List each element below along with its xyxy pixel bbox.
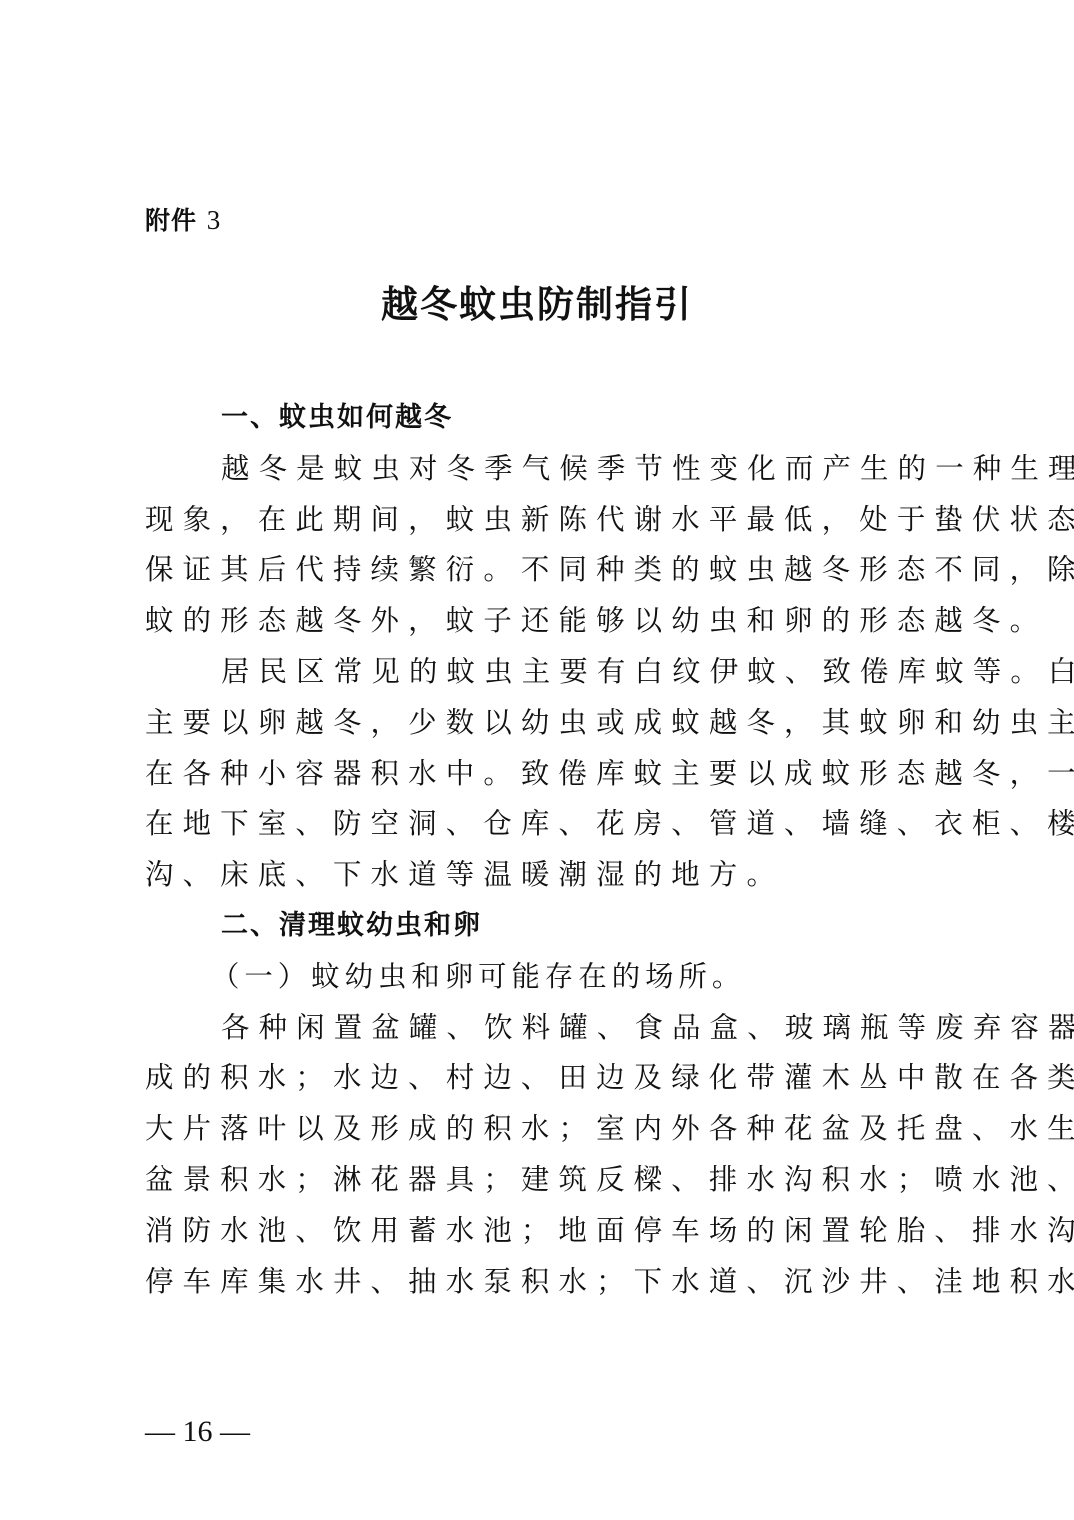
section-heading: 二、清理蚊幼虫和卵 <box>145 901 945 952</box>
paragraph-line: 在各种小容器积水中。致倦库蚊主要以成蚊形态越冬，一般隐匿 <box>145 749 945 800</box>
section-heading: 一、蚊虫如何越冬 <box>145 393 945 444</box>
attachment-label-text: 附件 <box>145 206 197 235</box>
paragraph-line: 大片落叶以及形成的积水；室内外各种花盆及托盘、水生植物、 <box>145 1104 945 1155</box>
document-body: 一、蚊虫如何越冬 越冬是蚊虫对冬季气候季节性变化而产生的一种生理适应 现象，在此… <box>145 393 945 1307</box>
paragraph-line: 沟、床底、下水道等温暖潮湿的地方。 <box>145 850 945 901</box>
paragraph-line: 保证其后代持续繁衍。不同种类的蚊虫越冬形态不同，除了以成 <box>145 545 945 596</box>
page-number: — 16 — <box>145 1412 250 1452</box>
paragraph-line: 消防水池、饮用蓄水池；地面停车场的闲置轮胎、排水沟；地下 <box>145 1206 945 1257</box>
paragraph-line: 居民区常见的蚊虫主要有白纹伊蚊、致倦库蚊等。白纹伊蚊 <box>145 647 945 698</box>
paragraph-line: 各种闲置盆罐、饮料罐、食品盒、玻璃瓶等废弃容器以及形 <box>145 1003 945 1054</box>
paragraph-line: 在地下室、防空洞、仓库、花房、管道、墙缝、衣柜、楼道、阴 <box>145 799 945 850</box>
attachment-label: 附件 3 <box>145 200 221 241</box>
paragraph-line: 蚊的形态越冬外，蚊子还能够以幼虫和卵的形态越冬。 <box>145 596 945 647</box>
paragraph-line: 成的积水；水边、村边、田边及绿化带灌木丛中散在各类垃圾、 <box>145 1053 945 1104</box>
document-page: 附件 3 越冬蚊虫防制指引 一、蚊虫如何越冬 越冬是蚊虫对冬季气候季节性变化而产… <box>0 0 1074 1520</box>
paragraph-line: 盆景积水；淋花器具；建筑反樑、排水沟积水；喷水池、景观池、 <box>145 1155 945 1206</box>
paragraph-line: 停车库集水井、抽水泵积水；下水道、沉沙井、洼地积水；竹头、 <box>145 1257 945 1308</box>
paragraph-line: 主要以卵越冬，少数以幼虫或成蚊越冬，其蚊卵和幼虫主要藏匿 <box>145 698 945 749</box>
subsection-heading: （一）蚊幼虫和卵可能存在的场所。 <box>145 952 945 1003</box>
paragraph-line: 现象，在此期间，蚊虫新陈代谢水平最低，处于蛰伏状态，从而 <box>145 495 945 546</box>
paragraph-line: 越冬是蚊虫对冬季气候季节性变化而产生的一种生理适应 <box>145 444 945 495</box>
document-title: 越冬蚊虫防制指引 <box>0 276 1074 332</box>
attachment-number: 3 <box>207 205 222 235</box>
